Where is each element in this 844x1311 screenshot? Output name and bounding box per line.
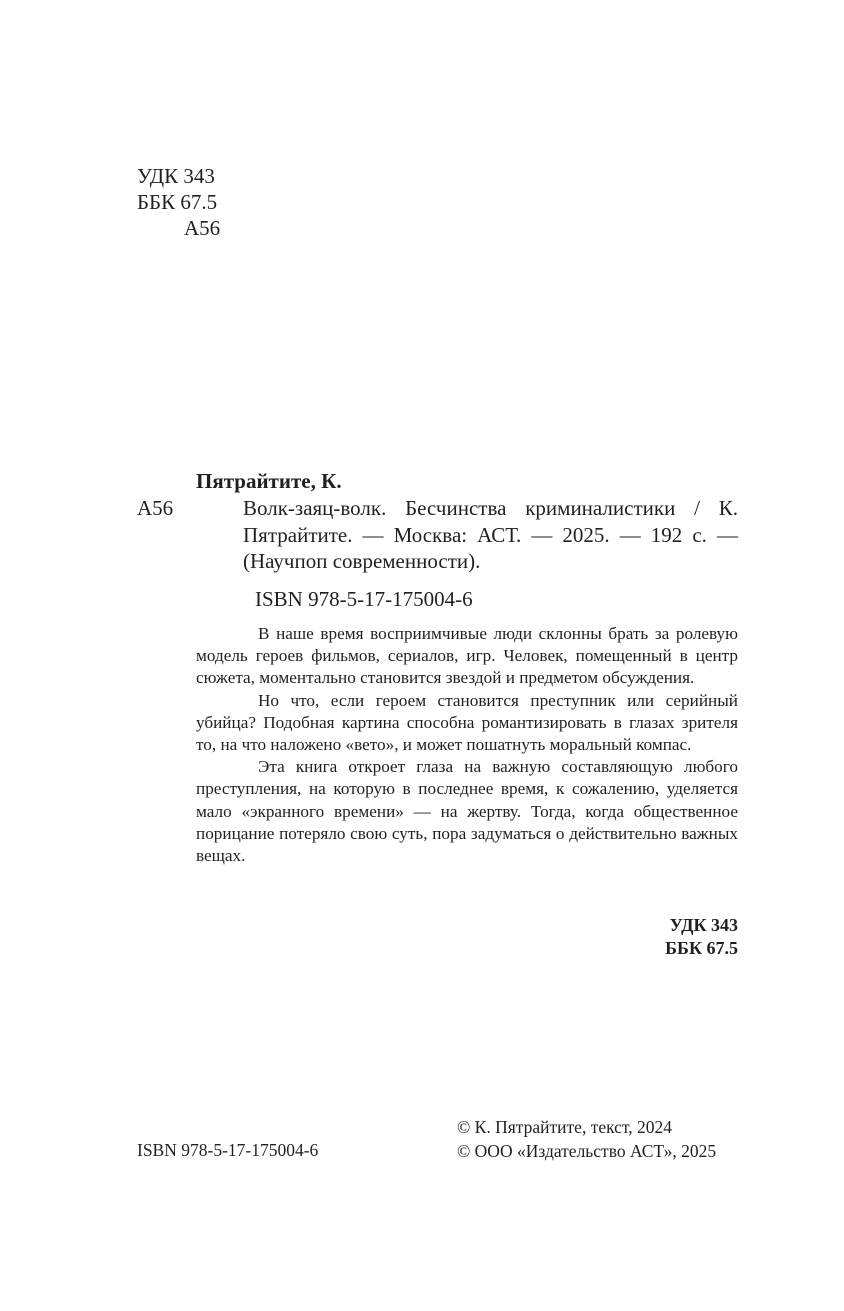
udk-code-bold: УДК 343	[560, 914, 738, 937]
copyright-block: © К. Пятрайтите, текст, 2024 © ООО «Изда…	[457, 1115, 716, 1163]
classification-codes: УДК 343 ББК 67.5 А56	[137, 163, 220, 241]
annotation-paragraph: Но что, если героем становится преступни…	[196, 690, 738, 757]
catalog-isbn: ISBN 978-5-17-175004-6	[255, 586, 473, 612]
bbk-code: ББК 67.5	[137, 189, 220, 215]
copyright-publisher: © ООО «Издательство АСТ», 2025	[457, 1139, 716, 1163]
annotation-paragraph: Эта книга откроет глаза на важную состав…	[196, 756, 738, 867]
copyright-author: © К. Пятрайтите, текст, 2024	[457, 1115, 716, 1139]
udk-code: УДК 343	[137, 163, 220, 189]
catalog-cutter-mark: А56	[137, 495, 173, 521]
cutter-code: А56	[137, 215, 220, 241]
bibliographic-record: Волк-заяц-волк. Бесчинства криминалистик…	[243, 495, 738, 575]
footer-isbn: ISBN 978-5-17-175004-6	[137, 1139, 318, 1161]
bbk-code-bold: ББК 67.5	[560, 937, 738, 960]
annotation-paragraph: В наше время восприимчивые люди склонны …	[196, 623, 738, 690]
classification-footer: УДК 343 ББК 67.5	[560, 914, 738, 960]
annotation: В наше время восприимчивые люди склонны …	[196, 623, 738, 867]
author-heading: Пятрайтите, К.	[196, 468, 342, 494]
